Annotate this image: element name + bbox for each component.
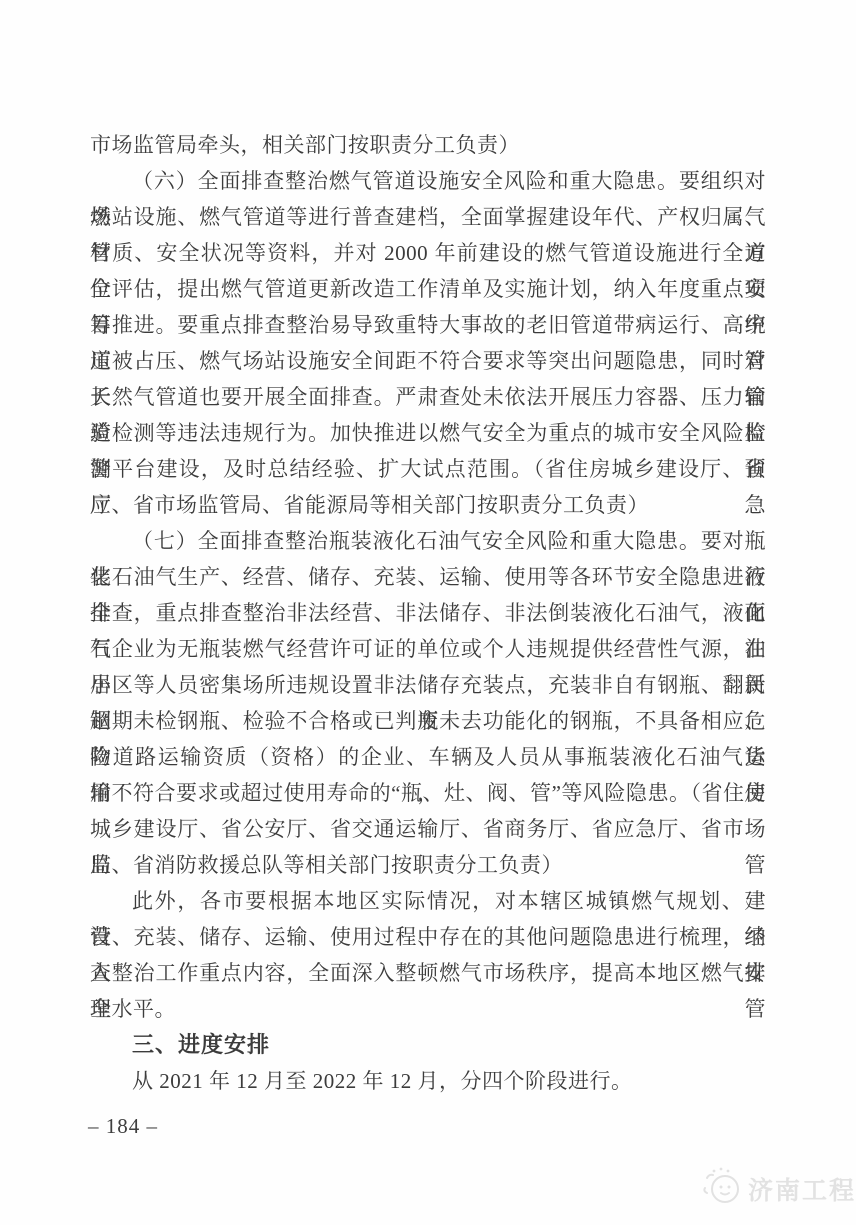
para-continuation: 市场监管局牵头，相关部门按职责分工负责） <box>90 127 766 163</box>
text-line: 材质、安全状况等资料，并对 2000 年前建设的燃气管道设施进行全方位安 <box>90 235 766 271</box>
watermark-text: 济南工程 <box>748 1171 856 1207</box>
text-line: 全评估，提出燃气管道更新改造工作清单及实施计划，纳入年度重点项目统 <box>90 271 766 307</box>
text-line: （七）全面排查整治瓶装液化石油气安全风险和重大隐患。要对瓶装液 <box>90 523 766 559</box>
heading-progress-arrangement: 三、进度安排 <box>90 1027 766 1063</box>
text-line: （六）全面排查整治燃气管道设施安全风险和重大隐患。要组织对燃气 <box>90 163 766 199</box>
text-line: 筹推进。要重点排查整治易导致重特大事故的老旧管道带病运行、高中压管 <box>90 307 766 343</box>
para-item-six: （六）全面排查整治燃气管道设施安全风险和重大隐患。要组织对燃气场站设施、燃气管道… <box>90 163 766 523</box>
text-line: 气企业为无瓶装燃气经营许可证的单位或个人违规提供经营性气源，在居民 <box>90 631 766 667</box>
text-line: 小区等人员密集场所违规设置非法储存充装点，充装非自有钢瓶、翻新钢瓶、 <box>90 667 766 703</box>
text-line: 从 2021 年 12 月至 2022 年 12 月，分四个阶段进行。 <box>90 1063 766 1099</box>
page-number: – 184 – <box>88 1114 158 1139</box>
text-line: 超期未检钢瓶、检验不合格或已判废未去功能化的钢瓶，不具备相应危险货 <box>90 703 766 739</box>
text-line: 警平台建设，及时总结经验、扩大试点范围。（省住房城乡建设厅、省应急 <box>90 451 766 487</box>
text-line: 营、充装、储存、运输、使用过程中存在的其他问题隐患进行梳理，纳入排 <box>90 919 766 955</box>
text-line: 天然气管道也要开展全面排查。严肃查处未依法开展压力容器、压力管道检 <box>90 379 766 415</box>
text-line: 查整治工作重点内容，全面深入整顿燃气市场秩序，提高本地区燃气安全管 <box>90 955 766 991</box>
cartoon-face-logo-icon <box>701 1166 743 1211</box>
para-additional: 此外，各市要根据本地区实际情况，对本辖区城镇燃气规划、建设、经营、充装、储存、运… <box>90 883 766 1027</box>
para-item-seven: （七）全面排查整治瓶装液化石油气安全风险和重大隐患。要对瓶装液化石油气生产、经营… <box>90 523 766 883</box>
document-page: 市场监管局牵头，相关部门按职责分工负责）（六）全面排查整治燃气管道设施安全风险和… <box>0 0 856 1225</box>
text-line: 城乡建设厅、省公安厅、省交通运输厅、省商务厅、省应急厅、省市场监管 <box>90 811 766 847</box>
text-line: 化石油气生产、经营、储存、充装、运输、使用等各环节安全隐患进行全面 <box>90 559 766 595</box>
watermark: 济南工程 <box>701 1166 856 1211</box>
text-line: 排查，重点排查整治非法经营、非法储存、非法倒装液化石油气，液化石油 <box>90 595 766 631</box>
text-line: 道被占压、燃气场站设施安全间距不符合要求等突出问题隐患，同时对长输 <box>90 343 766 379</box>
text-line: 用不符合要求或超过使用寿命的“瓶、灶、阀、管”等风险隐患。（省住房 <box>90 775 766 811</box>
text-line: 此外，各市要根据本地区实际情况，对本辖区城镇燃气规划、建设、经 <box>90 883 766 919</box>
text-line: 场站设施、燃气管道等进行普查建档，全面掌握建设年代、产权归属、管道 <box>90 199 766 235</box>
text-line: 物道路运输资质（资格）的企业、车辆及人员从事瓶装液化石油气运输，使 <box>90 739 766 775</box>
para-timeline: 从 2021 年 12 月至 2022 年 12 月，分四个阶段进行。 <box>90 1063 766 1099</box>
text-line: 验检测等违法违规行为。加快推进以燃气安全为重点的城市安全风险监测预 <box>90 415 766 451</box>
text-line: 市场监管局牵头，相关部门按职责分工负责） <box>90 127 766 163</box>
text-line: 三、进度安排 <box>90 1027 766 1063</box>
document-body: 市场监管局牵头，相关部门按职责分工负责）（六）全面排查整治燃气管道设施安全风险和… <box>90 127 766 1099</box>
